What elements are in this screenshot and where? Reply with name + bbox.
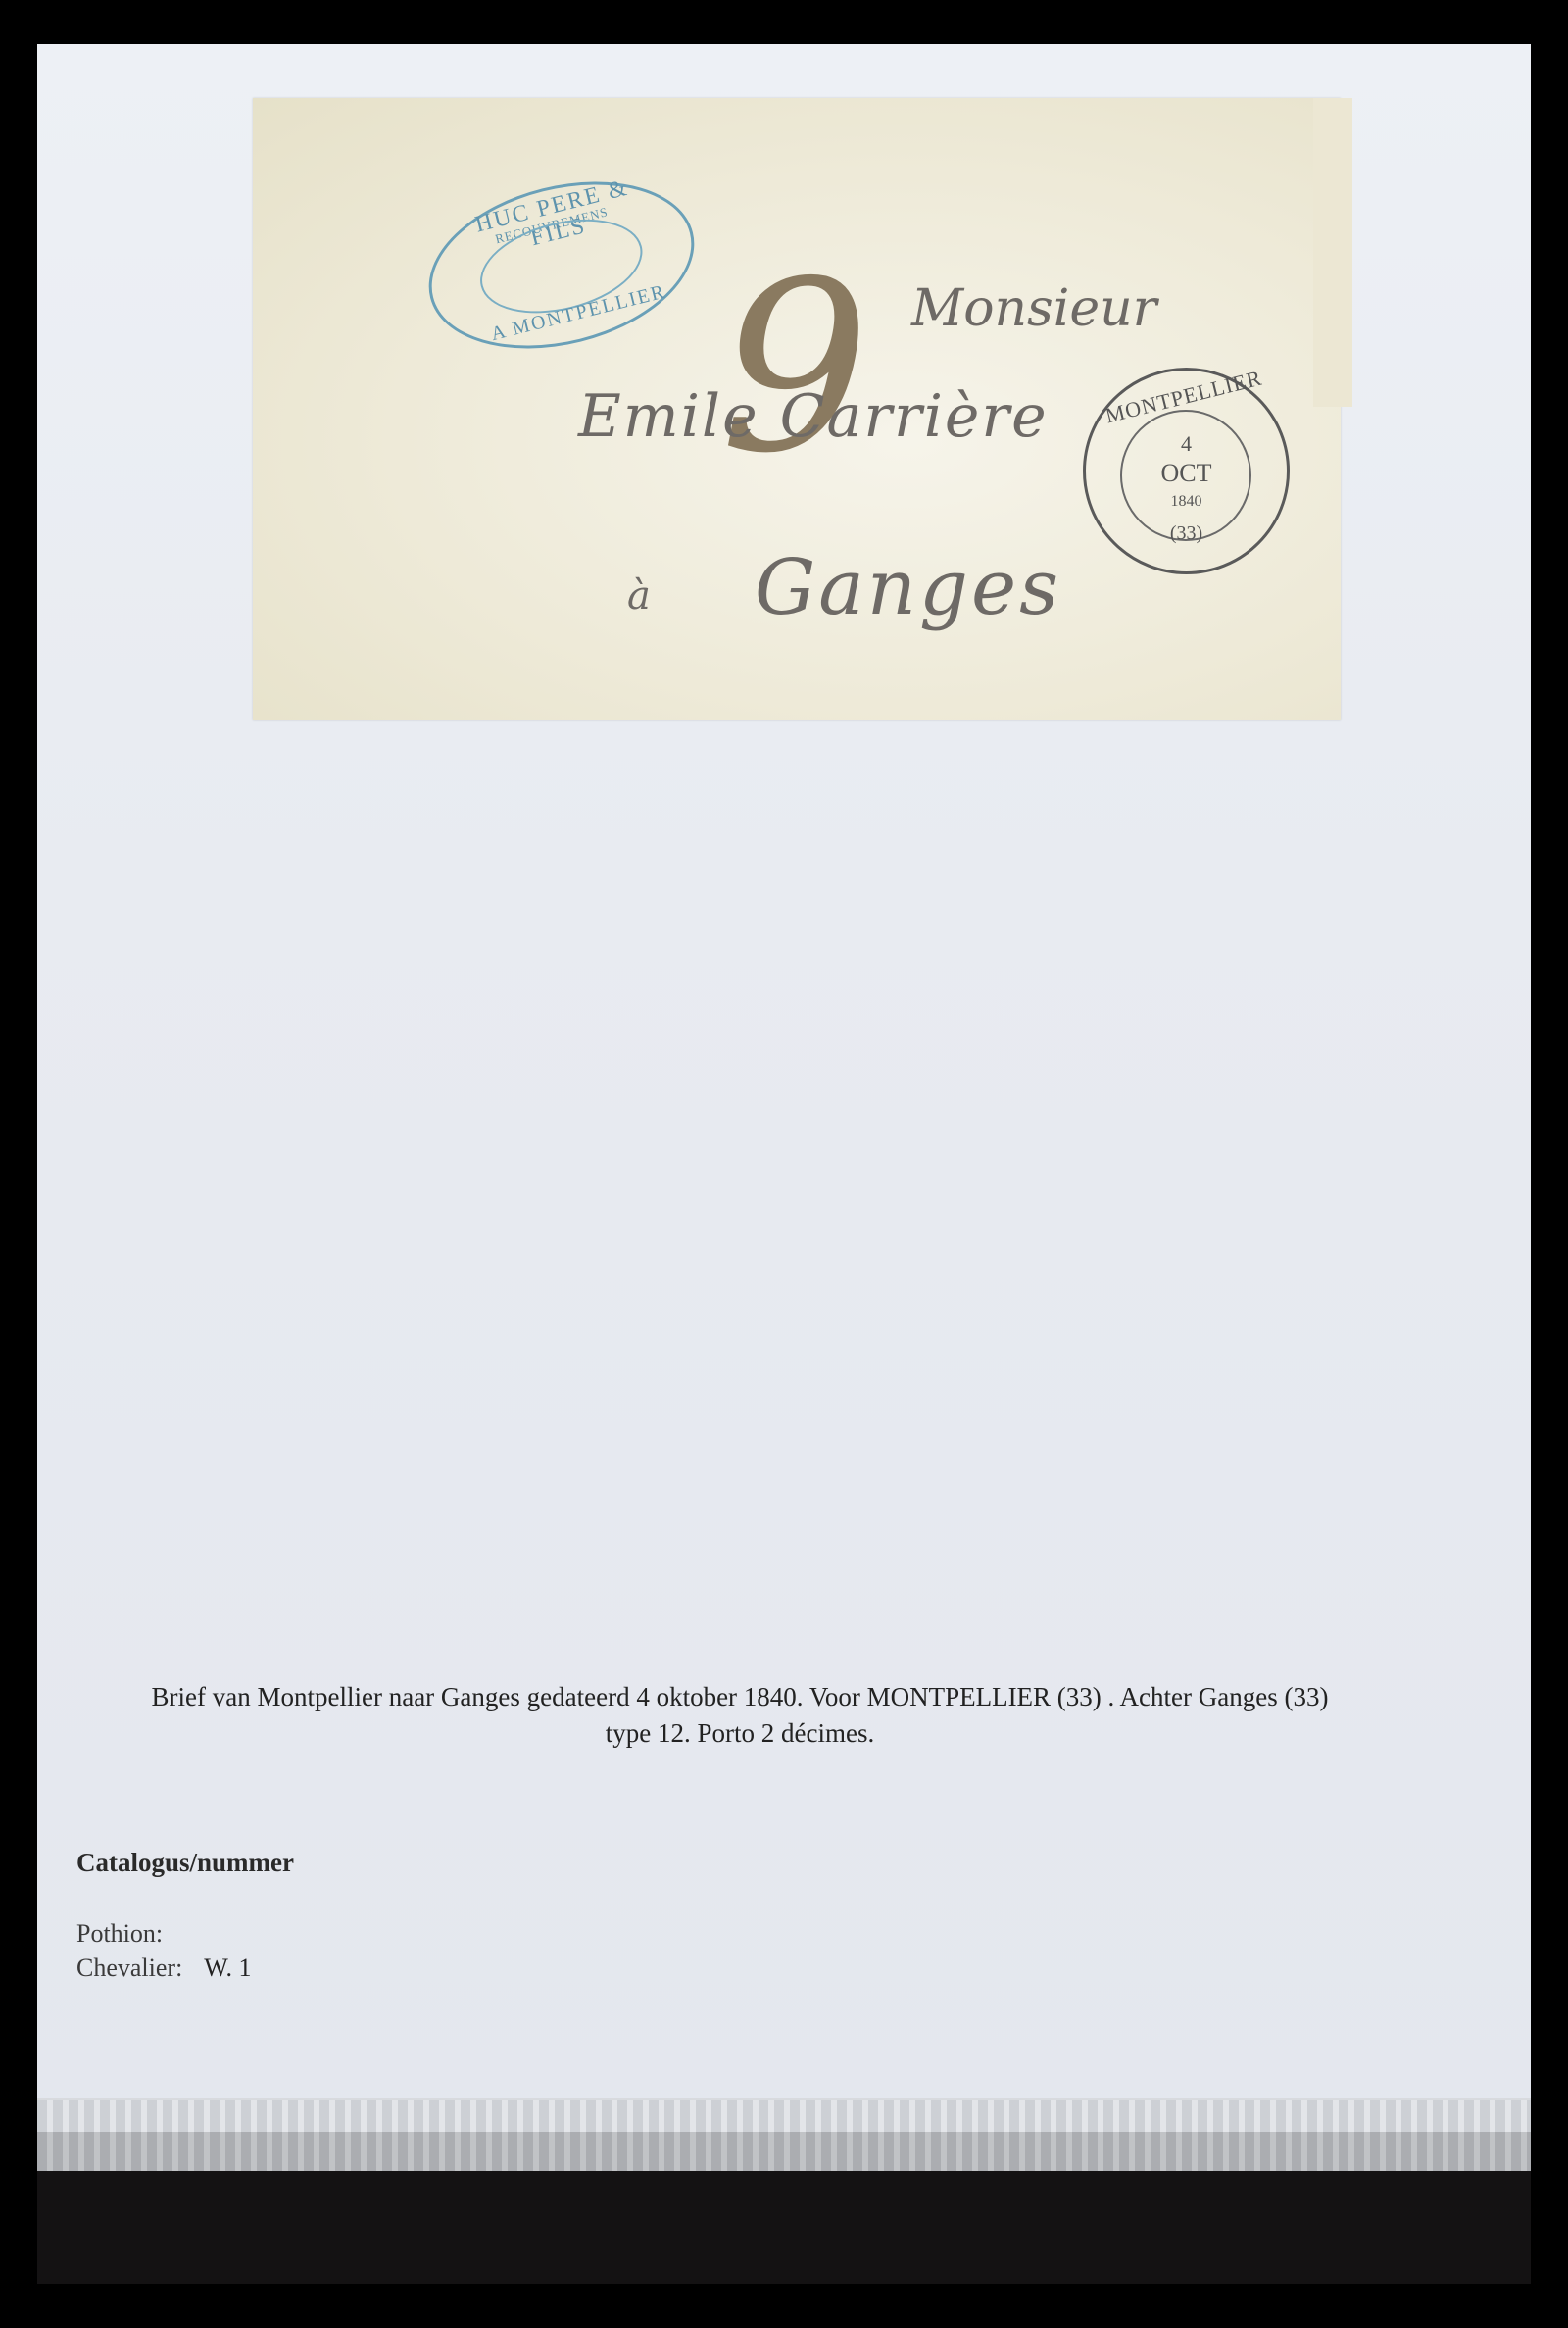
postmark-department: (33) [1086,522,1287,545]
catalogue-label: Chevalier: [76,1954,182,1982]
caption-line-1: Brief van Montpellier naar Ganges gedate… [59,1679,1421,1715]
catalogue-heading: Catalogus/nummer [76,1848,294,1878]
background-surface [37,2171,1531,2284]
postmark-day: 4 [1086,431,1287,457]
address-preposition: à [627,573,651,619]
cover-flap [1313,98,1352,407]
circular-date-stamp: MONTPELLIER 4 OCT 1840 (33) [1083,368,1290,574]
address-town: Ganges [755,544,1061,632]
postmark-year: 1840 [1086,493,1287,511]
catalogue-label: Pothion: [76,1919,163,1948]
catalogue-entry-pothion: Pothion: [76,1919,184,1949]
postmark-month: OCT [1086,459,1287,488]
catalogue-value: W. 1 [204,1954,251,1982]
protective-sleeve-edge [37,2098,1531,2178]
caption-line-2: type 12. Porto 2 décimes. [59,1715,1421,1752]
catalogue-entry-chevalier: Chevalier:W. 1 [76,1954,251,1983]
address-name: Emile Carrière [578,382,1049,451]
address-title: Monsieur [911,279,1156,338]
description-caption: Brief van Montpellier naar Ganges gedate… [59,1679,1421,1752]
